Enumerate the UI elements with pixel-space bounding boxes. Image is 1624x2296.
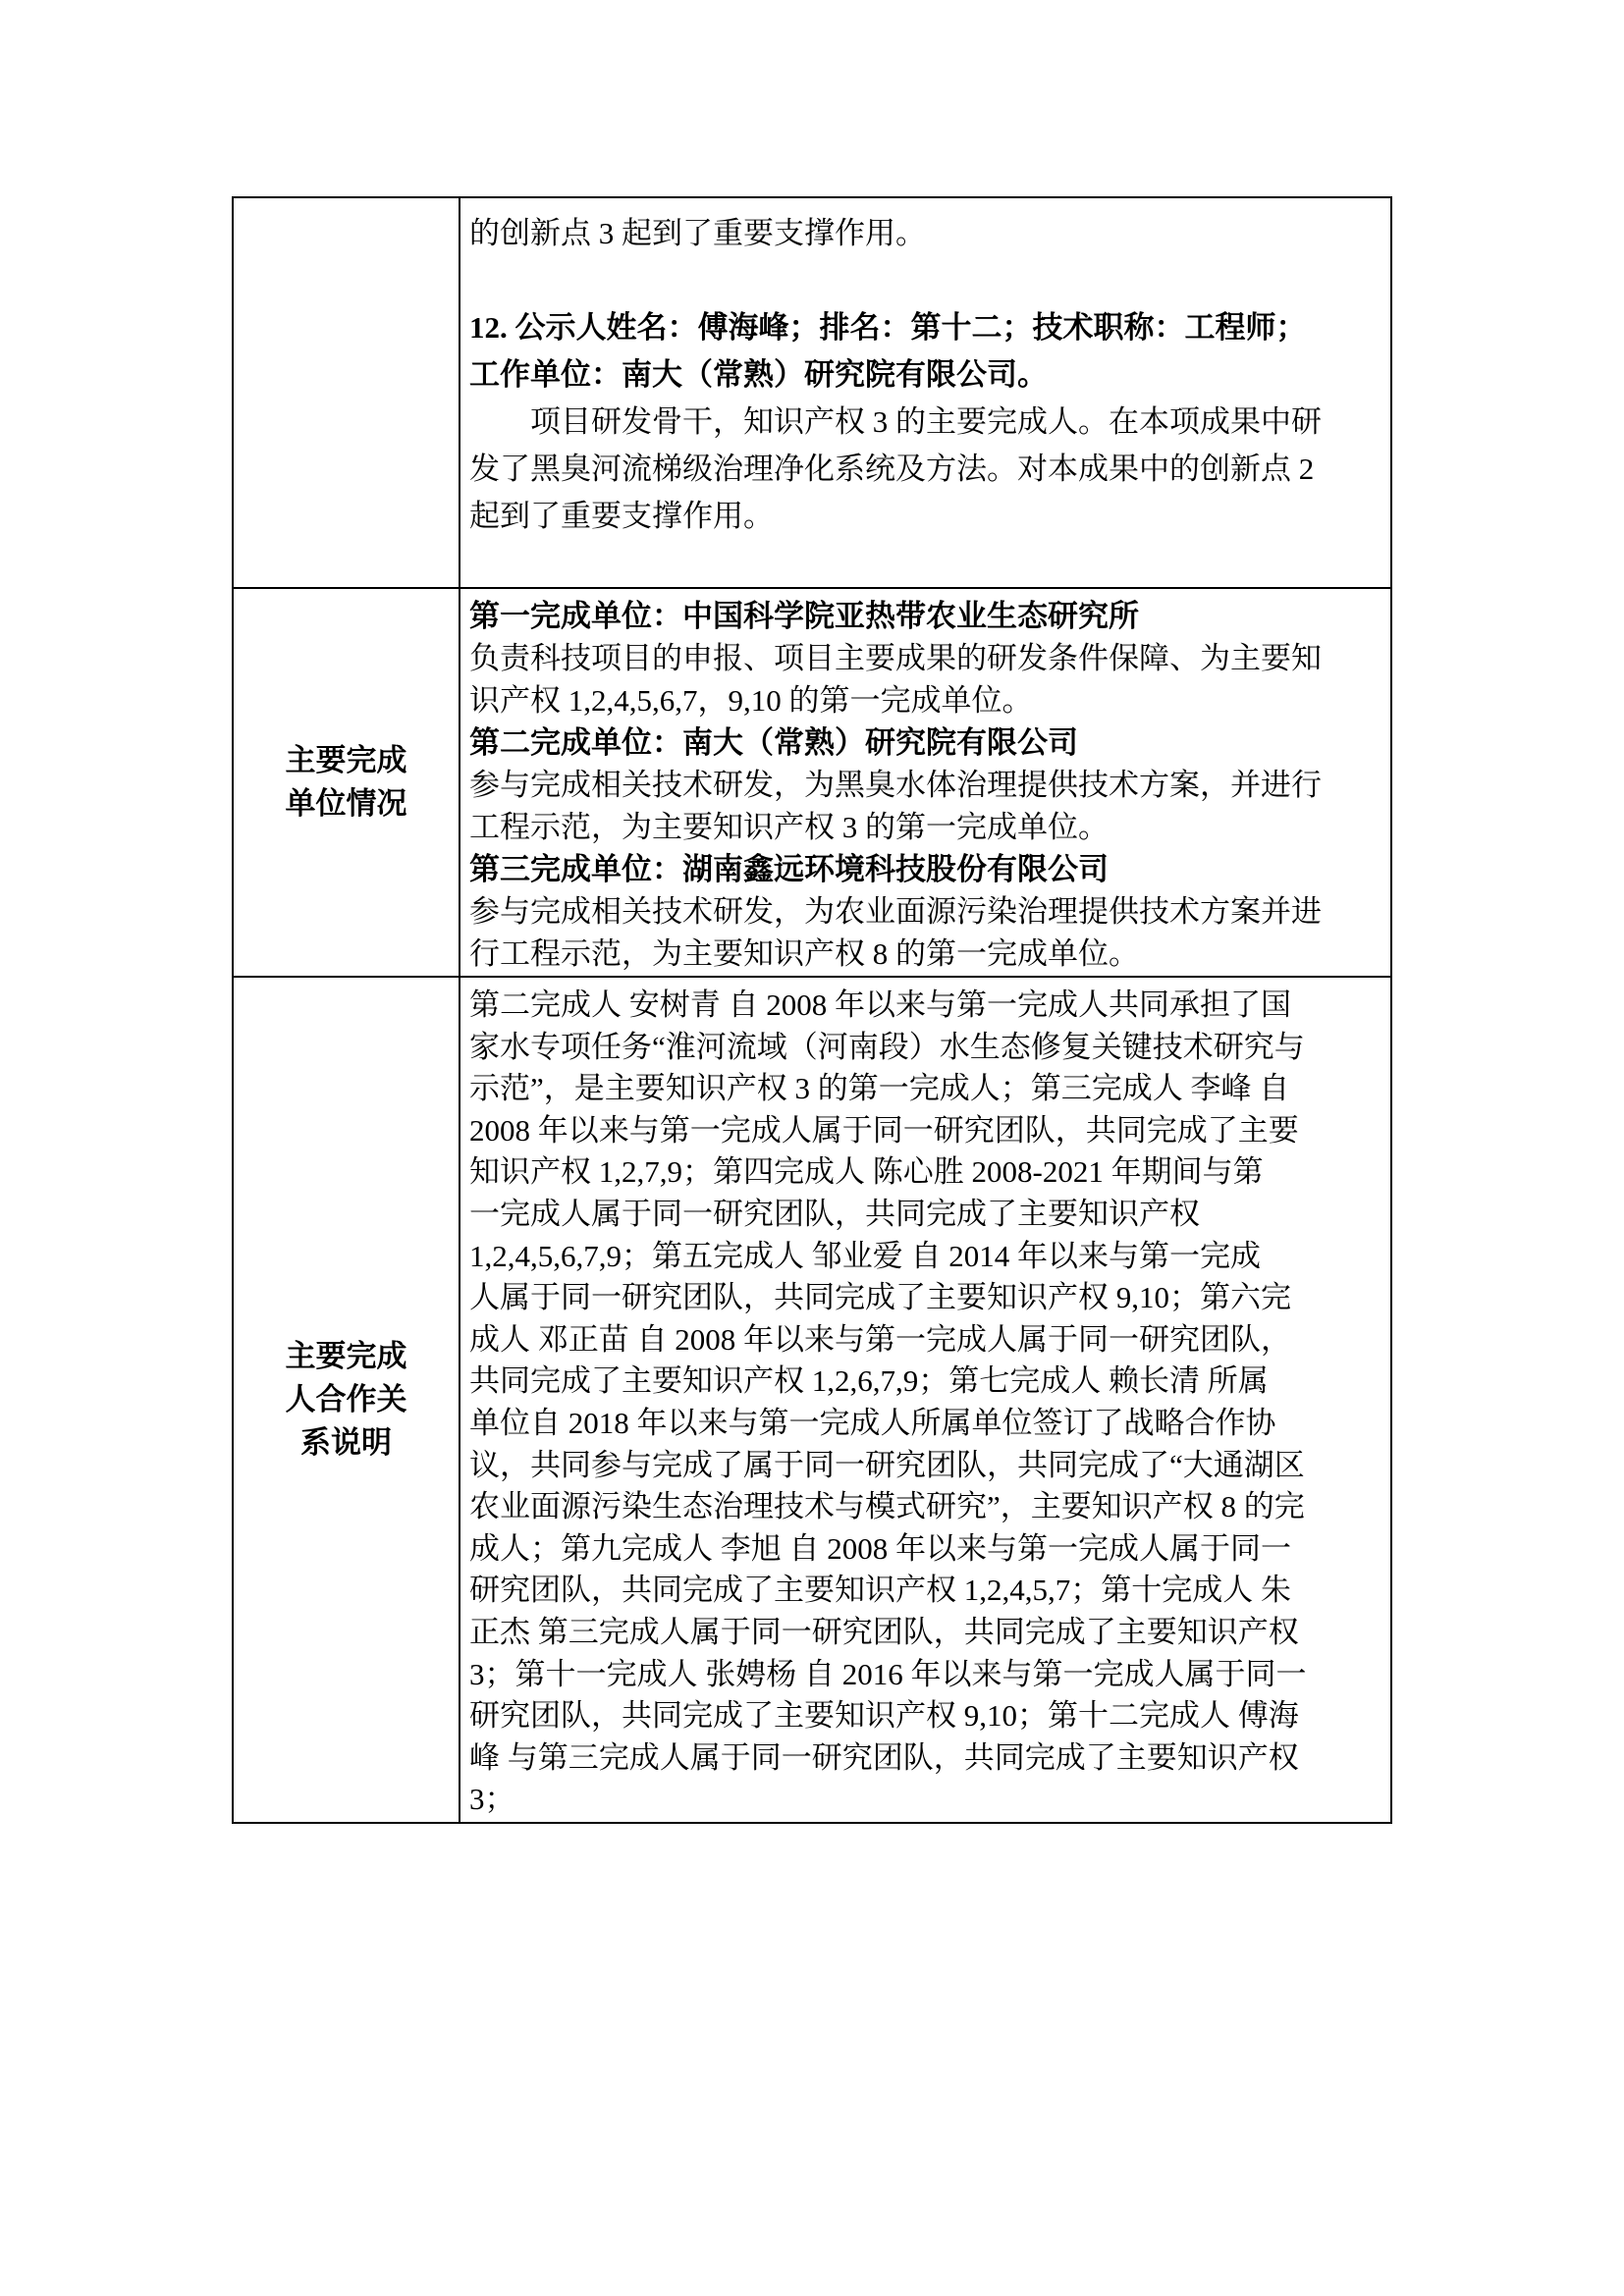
text-line: 第二完成人 安树青 自 2008 年以来与第一完成人共同承担了国: [469, 985, 1377, 1027]
text-line: 家水专项任务“淮河流域（河南段）水生态修复关键技术研究与: [469, 1027, 1377, 1069]
text-line: 知识产权 1,2,7,9；第四完成人 陈心胜 2008-2021 年期间与第: [469, 1151, 1377, 1194]
text-line: 主要完成: [286, 739, 407, 782]
text-line: 的创新点 3 起到了重要支撑作用。: [469, 210, 1377, 257]
text-line: 起到了重要支撑作用。: [469, 493, 1377, 540]
row-content-cooperation: 第二完成人 安树青 自 2008 年以来与第一完成人共同承担了国家水专项任务“淮…: [460, 978, 1390, 1822]
row-content-main-units: 第一完成单位：中国科学院亚热带农业生态研究所负责科技项目的申报、项目主要成果的研…: [460, 589, 1390, 978]
text-line: 研究团队，共同完成了主要知识产权 9,10；第十二完成人 傅海: [469, 1695, 1377, 1737]
row-header-cooperation: 主要完成人合作关系说明: [234, 978, 460, 1822]
text-line: 第二完成单位：南大（常熟）研究院有限公司: [469, 721, 1377, 764]
text-line: 一完成人属于同一研究团队，共同完成了主要知识产权: [469, 1194, 1377, 1236]
text-line: 单位情况: [286, 782, 407, 826]
text-line: 研究团队，共同完成了主要知识产权 1,2,4,5,7；第十完成人 朱: [469, 1570, 1377, 1612]
row-header-main-units: 主要完成单位情况: [234, 589, 460, 978]
text-line: 负责科技项目的申报、项目主要成果的研发条件保障、为主要知: [469, 637, 1377, 679]
text-line: 成人；第九完成人 李旭 自 2008 年以来与第一完成人属于同一: [469, 1528, 1377, 1571]
text-line: 12. 公示人姓名：傅海峰；排名：第十二；技术职称：工程师；: [469, 304, 1377, 351]
text-line: 示范”，是主要知识产权 3 的第一完成人；第三完成人 李峰 自: [469, 1068, 1377, 1110]
text-line: 农业面源污染生态治理技术与模式研究”，主要知识产权 8 的完: [469, 1486, 1377, 1528]
text-line: 3；: [469, 1779, 1377, 1821]
text-line: 主要完成: [286, 1335, 407, 1378]
text-line: 2008 年以来与第一完成人属于同一研究团队，共同完成了主要: [469, 1110, 1377, 1152]
text-line: 发了黑臭河流梯级治理净化系统及方法。对本成果中的创新点 2: [469, 446, 1377, 493]
publicity-table: 的创新点 3 起到了重要支撑作用。 12. 公示人姓名：傅海峰；排名：第十二；技…: [232, 196, 1392, 1824]
text-line: 系说明: [300, 1421, 392, 1465]
text-line: 参与完成相关技术研发，为黑臭水体治理提供技术方案，并进行: [469, 764, 1377, 806]
text-line: 人属于同一研究团队，共同完成了主要知识产权 9,10；第六完: [469, 1277, 1377, 1319]
text-line: 行工程示范，为主要知识产权 8 的第一完成单位。: [469, 933, 1377, 975]
text-line: 工程示范，为主要知识产权 3 的第一完成单位。: [469, 806, 1377, 848]
text-line: 正杰 第三完成人属于同一研究团队，共同完成了主要知识产权: [469, 1612, 1377, 1654]
text-line: 识产权 1,2,4,5,6,7，9,10 的第一完成单位。: [469, 679, 1377, 721]
text-line: [469, 257, 1377, 304]
text-line: 共同完成了主要知识产权 1,2,6,7,9；第七完成人 赖长清 所属: [469, 1361, 1377, 1403]
text-line: 项目研发骨干，知识产权 3 的主要完成人。在本项成果中研: [469, 399, 1377, 446]
text-line: 人合作关: [286, 1378, 407, 1421]
text-line: 第一完成单位：中国科学院亚热带农业生态研究所: [469, 595, 1377, 637]
text-line: 单位自 2018 年以来与第一完成人所属单位签订了战略合作协: [469, 1403, 1377, 1445]
row-header-continuation: [234, 198, 460, 589]
document-page: 的创新点 3 起到了重要支撑作用。 12. 公示人姓名：傅海峰；排名：第十二；技…: [0, 0, 1624, 2296]
text-line: 成人 邓正苗 自 2008 年以来与第一完成人属于同一研究团队，: [469, 1319, 1377, 1362]
text-line: 参与完成相关技术研发，为农业面源污染治理提供技术方案并进: [469, 890, 1377, 933]
text-line: 议，共同参与完成了属于同一研究团队，共同完成了“大通湖区: [469, 1445, 1377, 1487]
text-line: 3；第十一完成人 张娉杨 自 2016 年以来与第一完成人属于同一: [469, 1654, 1377, 1696]
text-line: 1,2,4,5,6,7,9；第五完成人 邹业爱 自 2014 年以来与第一完成: [469, 1236, 1377, 1278]
row-content-continuation: 的创新点 3 起到了重要支撑作用。 12. 公示人姓名：傅海峰；排名：第十二；技…: [460, 198, 1390, 589]
text-line: 峰 与第三完成人属于同一研究团队，共同完成了主要知识产权: [469, 1737, 1377, 1780]
text-line: 工作单位：南大（常熟）研究院有限公司。: [469, 351, 1377, 399]
text-line: 第三完成单位：湖南鑫远环境科技股份有限公司: [469, 848, 1377, 890]
